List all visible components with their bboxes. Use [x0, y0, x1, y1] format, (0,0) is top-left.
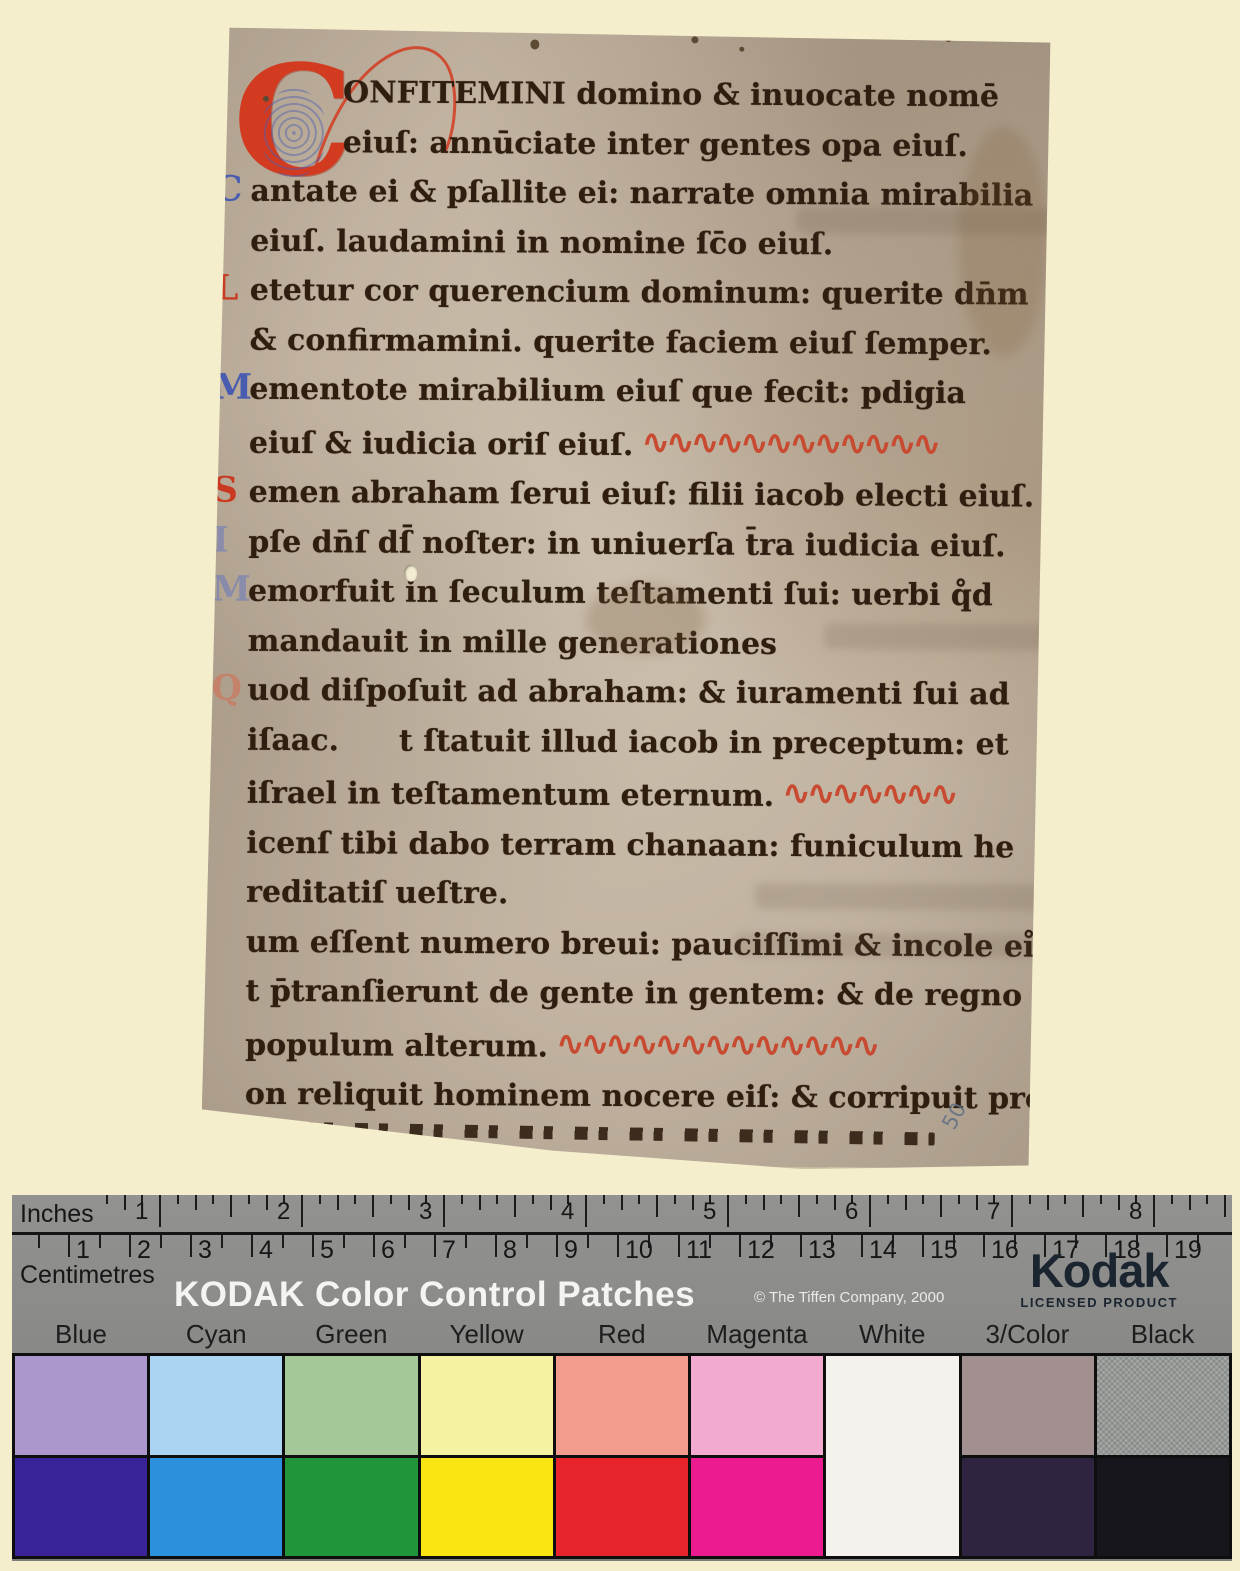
show-through-ghost [754, 883, 1084, 911]
text-line: populum alterum. ∿∿∿∿∿∿∿∿∿∿∿∿∿ [245, 1016, 1025, 1074]
inch-tick [1224, 1195, 1226, 1217]
inch-number: 1 [135, 1198, 148, 1226]
line-filler-ornament: ∿∿∿∿∿∿∿∿∿∿∿∿ [633, 422, 938, 463]
inch-tick [603, 1195, 605, 1204]
inch-tick [727, 1195, 729, 1227]
patch-column-green [285, 1356, 417, 1556]
inch-tick [301, 1195, 303, 1227]
cm-tick [373, 1235, 375, 1257]
cm-number: 16 [991, 1236, 1019, 1265]
cm-tick [526, 1235, 528, 1248]
inch-tick [940, 1195, 942, 1217]
line-text: eiuſ & iudicia oriſ eiuſ. [249, 425, 634, 462]
cm-tick [861, 1235, 863, 1257]
line-text: reditatiſ ueſtre. [246, 875, 508, 912]
strip-title: KODAK Color Control Patches [174, 1275, 695, 1315]
cm-tick [160, 1235, 162, 1248]
patch-label-yellow: Yellow [449, 1319, 523, 1350]
marginal-initial: I [212, 515, 229, 565]
patch-label-row: BlueCyanGreenYellowRedMagentaWhite3/Colo… [12, 1319, 1232, 1351]
patch-tint [1097, 1356, 1229, 1455]
inch-tick [177, 1195, 179, 1204]
parchment-hole [404, 565, 417, 582]
text-line: eiuſ & iudicia oriſ eiuſ. ∿∿∿∿∿∿∿∿∿∿∿∿ [249, 414, 1029, 472]
cm-number: 19 [1174, 1236, 1202, 1265]
cm-number: 15 [930, 1236, 958, 1265]
line-text: pſe dn̄ſ dſ̄ noſter: in uniuerſa t̄ra iu… [248, 524, 1006, 564]
photo-backdrop: C ONFITEMINI domino & inuocate nomēeiuſ:… [0, 0, 1240, 1571]
inch-tick [585, 1195, 587, 1227]
speck [944, 34, 952, 42]
patch-column-cyan [150, 1356, 282, 1556]
marginal-initial: L [214, 263, 239, 313]
cm-number: 7 [442, 1236, 456, 1265]
line-text: & confirmamini. querite faciem eiuſ ſemp… [249, 322, 992, 362]
line-text: icenſ tibi dabo terram chanaan: funiculu… [246, 825, 1014, 865]
cm-tick [282, 1235, 284, 1248]
inch-tick [798, 1195, 800, 1217]
cm-tick [190, 1235, 192, 1257]
kodak-wordmark: Kodak [1020, 1247, 1178, 1295]
inch-tick [319, 1195, 321, 1204]
inch-tick [1118, 1195, 1120, 1210]
patch-tint [15, 1356, 147, 1455]
cm-tick [251, 1235, 253, 1257]
patch-tint [691, 1356, 823, 1455]
line-text: ementote mirabilium eiuſ que fecit: pdig… [249, 372, 966, 411]
text-line: on reliquit hominem nocere eiſ: & corrip… [245, 1070, 1025, 1124]
color-patch-grid [12, 1353, 1232, 1559]
text-line: iſrael in teſtamentum eternum. ∿∿∿∿∿∿∿ [247, 765, 1027, 823]
patch-label-white: White [859, 1319, 925, 1350]
inch-tick [514, 1195, 516, 1217]
patch-column-red [556, 1356, 688, 1556]
inch-tick [1171, 1195, 1173, 1204]
inch-tick [443, 1195, 445, 1227]
cm-tick [495, 1235, 497, 1257]
cm-number: 4 [259, 1236, 273, 1265]
inch-number: 5 [703, 1198, 716, 1226]
cm-tick [99, 1235, 101, 1248]
inch-tick [780, 1195, 782, 1204]
inch-tick [1206, 1195, 1208, 1204]
patch-label-magenta: Magenta [706, 1319, 807, 1350]
inch-tick [816, 1195, 818, 1204]
text-line: Semen abraham ſerui eiuſ: filii iacob el… [248, 468, 1028, 522]
text-line: iſaac. t ſtatuit illud iacob in preceptu… [247, 715, 1027, 769]
cm-number: 13 [808, 1236, 836, 1265]
stain [957, 126, 1048, 357]
cm-tick [38, 1235, 40, 1248]
patch-column-white [826, 1356, 958, 1556]
cm-tick [617, 1235, 619, 1257]
inch-tick [887, 1195, 889, 1204]
cm-tick [678, 1235, 680, 1257]
text-line: Letetur cor querencium dominum: querite … [250, 266, 1030, 320]
inch-tick [1153, 1195, 1155, 1227]
inch-tick [1029, 1195, 1031, 1204]
line-text: t p̄tranſierunt de gente in gentem: & de… [245, 974, 1073, 1014]
inch-tick [408, 1195, 410, 1210]
ruler-divider [12, 1232, 1232, 1235]
patch-saturated [1097, 1458, 1229, 1557]
cm-tick [922, 1235, 924, 1257]
inch-tick [1100, 1195, 1102, 1204]
cm-tick [129, 1235, 131, 1257]
inch-tick [976, 1195, 978, 1210]
inches-label: Inches [20, 1200, 94, 1229]
inch-tick [869, 1195, 871, 1227]
cm-number: 3 [198, 1236, 212, 1265]
speck [739, 47, 744, 52]
cm-number: 5 [320, 1236, 334, 1265]
inch-tick [1011, 1195, 1013, 1227]
cm-tick [221, 1235, 223, 1248]
inch-tick [124, 1195, 126, 1210]
patch-label-red: Red [598, 1319, 646, 1350]
centimetres-label: Centimetres [20, 1261, 155, 1290]
cm-number: 8 [503, 1236, 517, 1265]
patch-tint [826, 1356, 958, 1556]
text-line: t p̄tranſierunt de gente in gentem: & de… [245, 967, 1025, 1021]
patch-tint [285, 1356, 417, 1455]
cm-tick [404, 1235, 406, 1248]
patch-label-cyan: Cyan [186, 1319, 247, 1350]
marginal-initial: M [213, 362, 252, 412]
inch-tick [922, 1195, 924, 1204]
patch-column-black [1097, 1356, 1229, 1556]
patch-column-magenta [691, 1356, 823, 1556]
cm-number: 9 [564, 1236, 578, 1265]
clipped-last-line [245, 1121, 935, 1145]
cm-tick [587, 1235, 589, 1248]
line-text: on reliquit hominem nocere eiſ: & corrip… [245, 1077, 1099, 1117]
marginal-initial: Q [211, 663, 242, 713]
cm-number: 10 [625, 1236, 653, 1265]
patch-saturated [421, 1458, 553, 1557]
cm-tick [465, 1235, 467, 1248]
line-filler-ornament: ∿∿∿∿∿∿∿ [774, 773, 955, 813]
speck [263, 96, 269, 102]
cm-number: 14 [869, 1236, 897, 1265]
text-line: icenſ tibi dabo terram chanaan: funiculu… [246, 818, 1026, 872]
cm-tick [739, 1235, 741, 1257]
inch-number: 6 [845, 1198, 858, 1226]
copyright-text: © The Tiffen Company, 2000 [754, 1289, 944, 1306]
patch-label-blue: Blue [55, 1319, 107, 1350]
inch-number: 8 [1129, 1198, 1142, 1226]
patch-tint [150, 1356, 282, 1455]
inch-tick [266, 1195, 268, 1210]
line-text: emen abraham ſerui eiuſ: filii iacob ele… [249, 475, 1035, 515]
line-text: etetur cor querencium dominum: querite d… [250, 273, 1029, 313]
cm-tick [556, 1235, 558, 1257]
marginal-initial: M [212, 564, 251, 614]
patch-label-green: Green [315, 1319, 387, 1350]
speck [691, 36, 698, 43]
manuscript-leaf: C ONFITEMINI domino & inuocate nomēeiuſ:… [193, 21, 1056, 1168]
inch-number: 7 [987, 1198, 1000, 1226]
inch-tick [621, 1195, 623, 1210]
line-text: iſrael in teſtamentum eternum. [247, 776, 775, 814]
inch-tick [337, 1195, 339, 1210]
inch-tick [745, 1195, 747, 1204]
patch-saturated [691, 1458, 823, 1557]
line-text: uod diſpoſuit ad abraham: & iuramenti ſu… [247, 673, 1009, 713]
inch-tick [1082, 1195, 1084, 1217]
inch-tick [905, 1195, 907, 1210]
inch-tick [212, 1195, 214, 1204]
inch-tick [692, 1195, 694, 1210]
show-through-ghost [734, 933, 1094, 959]
cm-tick [343, 1235, 345, 1248]
show-through-ghost [824, 623, 1124, 651]
inch-tick [532, 1195, 534, 1204]
inch-tick [763, 1195, 765, 1210]
text-line: eiuſ: annūciate inter gentes opa eiuſ. [251, 117, 1031, 171]
inch-tick [550, 1195, 552, 1210]
line-text: ONFITEMINI domino & inuocate nomē [343, 75, 999, 114]
cm-number: 11 [686, 1236, 712, 1265]
inch-tick [461, 1195, 463, 1204]
inch-tick [1047, 1195, 1049, 1210]
patch-tint [962, 1356, 1094, 1455]
inch-tick [248, 1195, 250, 1204]
text-line: ONFITEMINI domino & inuocate nomē [251, 68, 1031, 122]
inch-tick [390, 1195, 392, 1204]
inch-number: 3 [419, 1198, 432, 1226]
inch-tick [656, 1195, 658, 1217]
patch-label-black: Black [1131, 1319, 1195, 1350]
inch-tick [195, 1195, 197, 1210]
cm-tick [434, 1235, 436, 1257]
patch-saturated [285, 1458, 417, 1557]
kodak-color-control-strip: Inches 12345678 123456789101112131415161… [12, 1195, 1232, 1561]
kodak-logo: Kodak LICENSED PRODUCT [1020, 1247, 1178, 1310]
patch-tint [556, 1356, 688, 1455]
cm-number: 6 [381, 1236, 395, 1265]
marginal-initial: S [212, 465, 238, 515]
inch-tick [496, 1195, 498, 1204]
patch-saturated [150, 1458, 282, 1557]
cm-tick [800, 1235, 802, 1257]
line-text: populum alterum. [245, 1027, 548, 1064]
cm-tick [983, 1235, 985, 1257]
text-line: & confirmamini. querite faciem eiuſ ſemp… [249, 315, 1029, 369]
text-line: Quod diſpoſuit ad abraham: & iuramenti ſ… [247, 666, 1027, 720]
inch-tick [106, 1195, 108, 1204]
patch-saturated [962, 1458, 1094, 1557]
patch-column-yellow [421, 1356, 553, 1556]
marginal-initial: C [214, 164, 242, 214]
text-line: Ipſe dn̄ſ dſ̄ noſter: in uniuerſa t̄ra i… [248, 517, 1028, 571]
patch-saturated [556, 1458, 688, 1557]
inch-number: 2 [277, 1198, 290, 1226]
text-line: Mementote mirabilium eiuſ que fecit: pdi… [249, 365, 1029, 419]
licensed-product-text: LICENSED PRODUCT [1020, 1295, 1178, 1310]
inch-tick [834, 1195, 836, 1210]
inch-tick [958, 1195, 960, 1204]
patch-saturated [15, 1458, 147, 1557]
inch-tick [354, 1195, 356, 1204]
patch-column-blue [15, 1356, 147, 1556]
cm-tick [68, 1235, 70, 1257]
inch-tick [372, 1195, 374, 1217]
stain [586, 584, 706, 655]
speck [530, 39, 539, 49]
line-filler-ornament: ∿∿∿∿∿∿∿∿∿∿∿∿∿ [548, 1023, 877, 1064]
inch-tick [230, 1195, 232, 1217]
line-text: eiuſ. laudamini in nomine ſc̄o eiuſ. [250, 223, 833, 262]
patch-label-3-color: 3/Color [985, 1319, 1069, 1350]
patch-tint [421, 1356, 553, 1455]
inch-tick [159, 1195, 161, 1227]
cm-tick [312, 1235, 314, 1257]
inch-tick [1189, 1195, 1191, 1210]
line-text: eiuſ: annūciate inter gentes opa eiuſ. [343, 125, 968, 164]
line-text: iſaac. t ſtatuit illud iacob in preceptu… [247, 722, 1009, 762]
inch-tick [479, 1195, 481, 1210]
cm-number: 12 [747, 1236, 775, 1265]
patch-column-3-color [962, 1356, 1094, 1556]
inch-tick [638, 1195, 640, 1204]
inch-number: 4 [561, 1198, 574, 1226]
inch-tick [674, 1195, 676, 1204]
inch-tick [1064, 1195, 1066, 1204]
